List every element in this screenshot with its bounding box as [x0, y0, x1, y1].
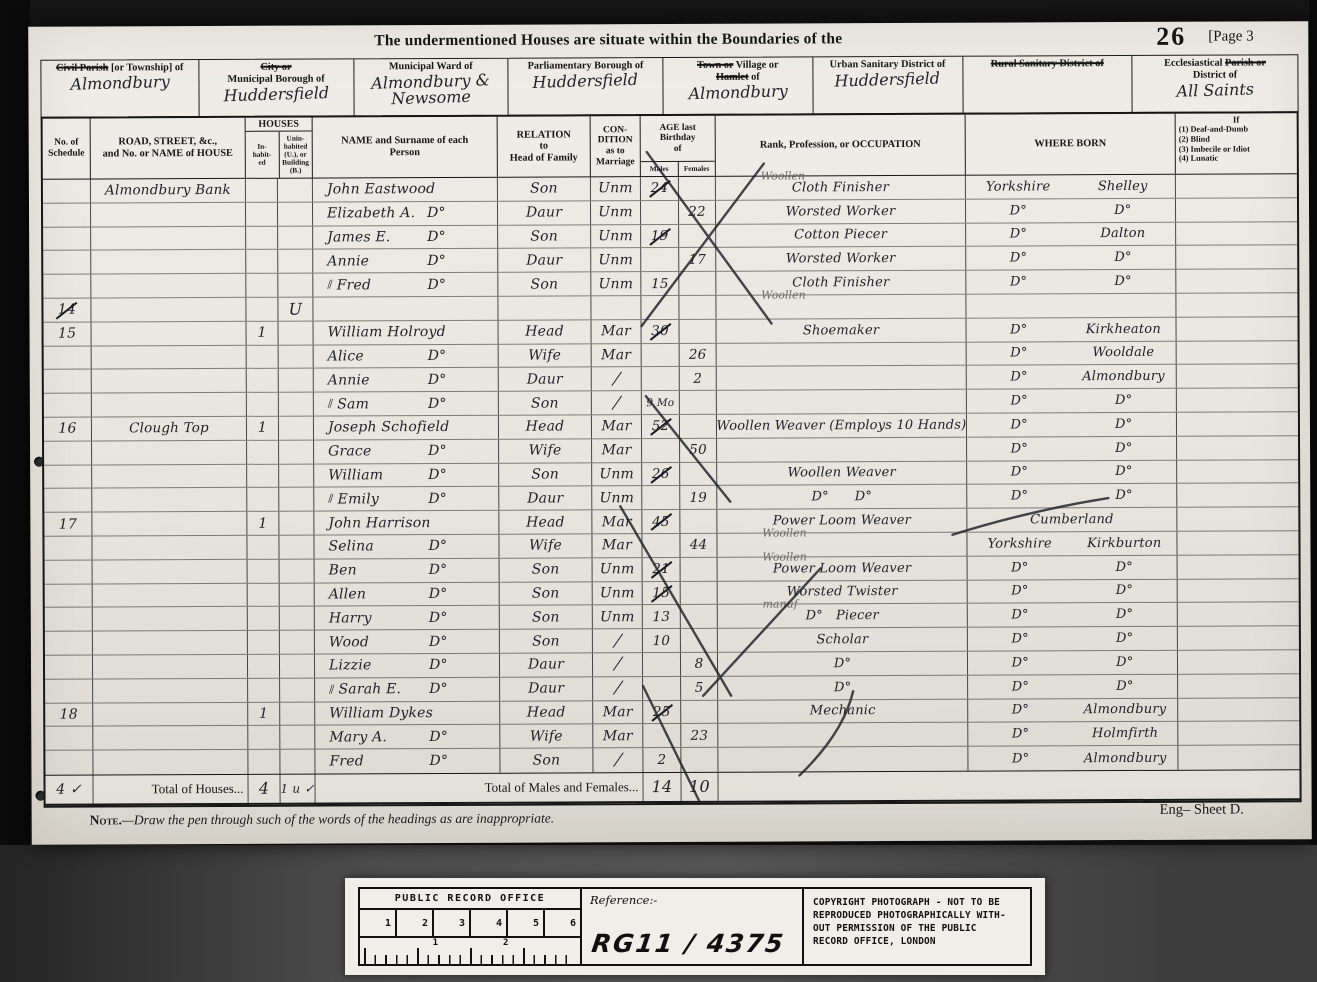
stamp-scale-cell: 5	[508, 910, 545, 936]
cell-age-female	[681, 581, 718, 604]
cell-name: William Holroyd	[314, 321, 499, 345]
surname-ditto: D°	[429, 586, 448, 602]
cell-infirmity	[1176, 293, 1297, 316]
cell-age-female	[680, 391, 717, 414]
cell-relation: Daur	[498, 201, 591, 224]
cell-relation: Wife	[499, 534, 592, 557]
cell-condition: Unm	[592, 486, 642, 509]
cell-occupation: Shoemaker	[717, 318, 967, 342]
cell-condition: Mar	[593, 701, 643, 724]
cell-condition: Unm	[593, 582, 643, 605]
cell-occupation: D° D°	[717, 485, 967, 509]
col-females: Females	[678, 162, 715, 176]
cell-age-female: 5	[681, 677, 718, 700]
cell-infirmity	[1178, 555, 1299, 578]
surname-ditto: D°	[428, 348, 447, 364]
cell-age-female	[680, 320, 717, 343]
district-label-part: of	[749, 71, 760, 82]
cell-schedule	[43, 203, 91, 226]
col-infirmity: If (1) Deaf-and-Dumb (2) Blind (3) Imbec…	[1176, 113, 1297, 174]
cell-uninhabited	[280, 726, 315, 749]
cell-age-male	[642, 367, 680, 390]
cell-relation: Head	[499, 320, 592, 343]
cell-name: ⫽SamD°	[314, 392, 499, 416]
cell-name: HarryD°	[315, 606, 500, 630]
cell-age-male	[643, 653, 681, 676]
cell-condition: Unm	[591, 201, 641, 224]
cell-uninhabited	[279, 440, 314, 463]
condition-tick: ╱	[613, 680, 623, 697]
cell-name: FredD°	[315, 749, 500, 774]
cell-name: Mary A.D°	[315, 725, 500, 749]
cell-uninhabited	[280, 654, 315, 677]
cell-road	[93, 702, 248, 725]
cell-where-born: YorkshireShelley	[966, 175, 1176, 199]
cell-infirmity	[1177, 341, 1298, 364]
cell-road: Clough Top	[92, 417, 247, 440]
cell-uninhabited	[278, 179, 313, 202]
surname-ditto: D°	[429, 562, 448, 578]
district-label-part: Hamlet	[716, 71, 749, 82]
cell-road	[93, 679, 248, 702]
cell-age-female	[681, 605, 718, 628]
cell-name: AllenD°	[315, 582, 500, 606]
cell-road	[93, 750, 248, 774]
cell-relation: Head	[500, 701, 593, 724]
cell-where-born: D°Almondbury	[968, 698, 1178, 722]
cell-schedule	[45, 608, 93, 631]
surname-ditto: D°	[427, 229, 446, 245]
cell-relation: Son	[500, 558, 593, 581]
cell-age-male	[641, 201, 679, 224]
cell-schedule	[45, 632, 93, 655]
cell-inhabited	[248, 726, 280, 749]
cell-age-male: 15	[641, 272, 679, 295]
cell-where-born: D°Almondbury	[968, 746, 1178, 771]
cell-age-male: 25	[643, 700, 681, 723]
cell-occupation	[716, 295, 966, 319]
cell-uninhabited	[278, 274, 313, 297]
col-houses: HOUSES In- habit- ed Unin- habited (U.),…	[246, 118, 313, 178]
census-table-body: Almondbury BankJohn EastwoodSonUnm24Clot…	[43, 174, 1300, 774]
cell-relation: Son	[500, 748, 593, 772]
cell-schedule	[44, 441, 92, 464]
cell-schedule	[43, 275, 91, 298]
surname-ditto: D°	[427, 253, 446, 269]
ruler-number-1: 1	[433, 938, 438, 948]
scanned-census-page: The undermentioned Houses are situate wi…	[0, 0, 1317, 982]
cell-relation: Daur	[499, 368, 592, 391]
district-label-part: Rural Sanitary District of	[991, 58, 1104, 69]
district-value: Huddersfield	[223, 85, 329, 104]
cell-age-male	[642, 486, 680, 509]
cell-name: Joseph Schofield	[314, 416, 499, 440]
cell-where-born: Cumberland	[967, 508, 1177, 532]
cell-condition: Unm	[591, 225, 641, 248]
cell-road	[92, 322, 247, 345]
district-label-part: Village or	[733, 60, 778, 71]
cell-age-male: 10	[643, 629, 681, 652]
scan-edge-left	[0, 0, 30, 982]
cell-infirmity	[1178, 603, 1299, 626]
cell-schedule: 17	[44, 513, 92, 536]
pencil-annotation: Woollen	[761, 169, 805, 182]
cell-schedule	[45, 751, 93, 775]
cell-schedule: 18	[45, 703, 93, 726]
surname-ditto: D°	[428, 467, 447, 483]
cell-where-born: D°Holmfirth	[968, 722, 1178, 746]
totals-females: 10	[681, 773, 718, 801]
cell-name: William Dykes	[315, 701, 500, 725]
cell-infirmity	[1177, 365, 1298, 388]
cell-condition: Mar	[592, 320, 642, 343]
cell-where-born: D°Dalton	[966, 222, 1176, 246]
col-houses-label: HOUSES	[246, 118, 312, 132]
cell-infirmity	[1177, 484, 1298, 507]
cell-age-female	[680, 510, 717, 533]
cell-name: WilliamD°	[314, 463, 499, 487]
cell-relation: Daur	[500, 677, 593, 700]
cell-age-female: 17	[679, 248, 716, 271]
cell-relation: Son	[499, 392, 592, 415]
cell-condition: Mar	[592, 415, 642, 438]
cell-age-male	[641, 248, 679, 271]
cell-road	[93, 631, 248, 654]
cell-inhabited	[248, 607, 280, 630]
surname-ditto: D°	[429, 657, 448, 673]
household-end-mark: ⫽	[327, 278, 332, 293]
household-end-mark: ⫽	[328, 492, 333, 507]
cell-road	[93, 607, 248, 630]
cell-age-male: 2	[643, 748, 681, 772]
cell-occupation: Woollen Weaver (Employs 10 Hands)	[717, 414, 967, 438]
cell-occupation: Power Loom WeaverWoollen	[717, 509, 967, 533]
cell-road	[92, 488, 247, 511]
cell-relation: Daur	[500, 653, 593, 676]
cell-relation: Son	[498, 177, 591, 200]
cell-infirmity	[1176, 246, 1297, 269]
cell-condition: ╱	[592, 367, 642, 390]
cell-inhabited: 1	[247, 417, 279, 440]
cell-uninhabited	[279, 512, 314, 535]
cell-schedule: 15	[44, 322, 92, 345]
cell-uninhabited	[280, 702, 315, 725]
cell-age-female: 8	[681, 653, 718, 676]
cell-condition: ╱	[593, 677, 643, 700]
cell-inhabited	[247, 440, 279, 463]
cell-uninhabited	[280, 678, 315, 701]
stamp-ruler-section: PUBLIC RECORD OFFICE 123456 1 2	[360, 889, 582, 964]
cell-inhabited: 1	[247, 321, 279, 344]
cell-uninhabited	[280, 607, 315, 630]
cell-age-female: 19	[680, 486, 717, 509]
cell-infirmity	[1176, 222, 1297, 245]
cell-road	[92, 369, 247, 392]
cell-uninhabited	[280, 583, 315, 606]
cell-road	[92, 464, 247, 487]
surname-ditto: D°	[427, 277, 446, 293]
cell-occupation	[717, 342, 967, 366]
page-bracket: [Page 3	[1208, 28, 1253, 45]
cell-where-born: D°D°	[967, 437, 1177, 461]
cell-age-male: 21	[643, 558, 681, 581]
cell-name: GraceD°	[314, 440, 499, 464]
cell-schedule	[44, 346, 92, 369]
col-age-label: AGE last Birthday of	[641, 116, 715, 161]
cell-uninhabited	[278, 202, 313, 225]
cell-occupation: Cloth FinisherWoollen	[716, 176, 966, 200]
cell-age-male: 45	[642, 510, 680, 533]
reference-label: Reference:-	[590, 893, 794, 907]
cell-infirmity	[1178, 674, 1299, 697]
totals-row: 4 ✓ Total of Houses... 4 1 u ✓ Total of …	[45, 769, 1299, 805]
condition-tick: ╱	[611, 394, 621, 411]
cell-uninhabited	[280, 559, 315, 582]
totals-males: 14	[643, 773, 681, 801]
surname-ditto: D°	[427, 205, 446, 221]
cell-where-born: D°D°	[968, 675, 1178, 699]
cell-name	[313, 297, 498, 321]
cell-inhabited	[246, 179, 278, 202]
cell-age-female	[679, 177, 716, 200]
cell-condition: Mar	[592, 534, 642, 557]
cell-relation: Wife	[500, 725, 593, 748]
cell-occupation: D°	[718, 675, 968, 699]
cell-uninhabited	[279, 345, 314, 368]
cell-age-male: 24	[641, 177, 679, 200]
cell-where-born: D°D°	[966, 246, 1176, 270]
col-infirmity-lines: (1) Deaf-and-Dumb (2) Blind (3) Imbecile…	[1179, 125, 1250, 164]
cell-inhabited	[247, 369, 279, 392]
cell-relation: Daur	[499, 487, 592, 510]
stamp-copyright-text: COPYRIGHT PHOTOGRAPH - NOT TO BE REPRODU…	[804, 889, 1030, 964]
cell-schedule: 14	[43, 299, 91, 322]
census-form-page: The undermentioned Houses are situate wi…	[28, 21, 1312, 845]
condition-tick: ╱	[613, 752, 623, 769]
cell-occupation: D° Piecer	[718, 604, 968, 628]
col-age: AGE last Birthday of Males Females	[641, 116, 716, 176]
cell-where-born: D°D°	[967, 484, 1177, 508]
cell-inhabited: 1	[248, 702, 280, 725]
cell-infirmity	[1178, 745, 1299, 769]
cell-relation: Wife	[499, 439, 592, 462]
cell-occupation: D°	[718, 652, 968, 676]
cell-occupation	[717, 366, 967, 390]
cell-condition: Unm	[591, 272, 641, 295]
surname-ditto: D°	[429, 634, 448, 650]
condition-tick: ╱	[612, 632, 622, 649]
cell-age-female: 22	[679, 201, 716, 224]
cell-road	[91, 226, 246, 249]
cell-infirmity	[1177, 531, 1298, 554]
cell-where-born: D°Kirkheaton	[967, 318, 1177, 342]
col-inhabited: In- habit- ed	[246, 132, 280, 178]
cell-relation: Son	[500, 629, 593, 652]
cell-where-born: D°D°	[968, 603, 1178, 627]
surname-ditto: D°	[428, 396, 447, 412]
cell-where-born: D°Almondbury	[967, 365, 1177, 389]
cell-road	[93, 655, 248, 678]
cell-condition: ╱	[593, 629, 643, 652]
cell-road	[93, 583, 248, 606]
page-title: The undermentioned Houses are situate wi…	[28, 29, 1188, 52]
cell-age-female	[681, 558, 718, 581]
cell-where-born: D°D°	[967, 413, 1177, 437]
cell-infirmity	[1177, 412, 1298, 435]
surname-ditto: D°	[428, 372, 447, 388]
cell-age-male: 30	[642, 320, 680, 343]
cell-name: LizzieD°	[315, 654, 500, 678]
cell-road	[92, 441, 247, 464]
cell-infirmity	[1176, 174, 1297, 197]
cell-schedule	[45, 584, 93, 607]
surname-ditto: D°	[429, 753, 448, 769]
cell-inhabited: 1	[247, 512, 279, 535]
cell-age-female	[679, 272, 716, 295]
district-header-boxes: Civil Parish [or Township] ofAlmondburyC…	[40, 54, 1298, 117]
cell-age-female	[680, 462, 717, 485]
district-label-part: City or	[260, 62, 291, 73]
cell-condition: Mar	[592, 439, 642, 462]
cell-where-born: D°D°	[966, 270, 1176, 294]
cell-age-male	[642, 439, 680, 462]
household-end-mark: ⫽	[329, 682, 334, 697]
cell-age-female: 44	[680, 534, 717, 557]
cell-name: ⫽FredD°	[313, 273, 498, 297]
cell-schedule	[44, 370, 92, 393]
cell-inhabited	[246, 226, 278, 249]
col-condition: CON- DITION as to Marriage	[591, 116, 641, 176]
cell-where-born: D°D°	[968, 651, 1178, 675]
cell-occupation	[717, 533, 967, 557]
totals-houses-uninhabited: 1 u ✓	[280, 774, 315, 802]
cell-age-female	[679, 296, 716, 319]
pro-stamp-box: PUBLIC RECORD OFFICE 123456 1 2 Referenc…	[358, 887, 1032, 966]
cell-condition: Unm	[593, 558, 643, 581]
cell-occupation: Woollen Weaver	[717, 461, 967, 485]
cell-name: SelinaD°	[314, 535, 499, 559]
cell-age-female	[680, 415, 717, 438]
surname-ditto: D°	[429, 538, 448, 554]
cell-infirmity	[1178, 626, 1299, 649]
cell-age-male: 15	[643, 582, 681, 605]
cell-uninhabited	[279, 488, 314, 511]
cell-relation: Son	[500, 582, 593, 605]
district-label: Ecclesiastical Parish or District of	[1164, 55, 1266, 81]
cell-condition: Unm	[592, 463, 642, 486]
condition-tick: ╱	[611, 371, 621, 388]
cell-occupation: Cloth FinisherWoollen	[716, 271, 966, 295]
cell-infirmity	[1177, 317, 1298, 340]
cell-name: AnnieD°	[313, 249, 498, 273]
cell-age-male: 26	[642, 463, 680, 486]
cell-schedule	[45, 679, 93, 702]
cell-schedule	[44, 536, 92, 559]
district-label: Town or Village or Hamlet of	[697, 58, 779, 84]
pro-stamp: PUBLIC RECORD OFFICE 123456 1 2 Referenc…	[345, 878, 1045, 975]
cell-age-female: 50	[680, 439, 717, 462]
cell-age-male: 52	[642, 415, 680, 438]
stamp-scale-cells: 123456	[360, 910, 580, 938]
col-road: ROAD, STREET, &c., and No. or NAME of HO…	[91, 118, 246, 179]
surname-ditto: D°	[428, 443, 447, 459]
surname-ditto: D°	[428, 491, 447, 507]
col-schedule: No. of Schedule	[43, 119, 91, 179]
cell-where-born: D°D°	[968, 627, 1178, 651]
cell-relation: Son	[498, 273, 591, 296]
cell-age-male: 13	[643, 605, 681, 628]
district-label: Rural Sanitary District of	[991, 56, 1104, 70]
cell-age-male	[643, 677, 681, 700]
cell-inhabited	[248, 655, 280, 678]
cell-road	[91, 274, 246, 297]
district-box: Rural Sanitary District of	[963, 56, 1133, 113]
stamp-scale-cell: 4	[471, 910, 508, 936]
cell-relation: Head	[499, 510, 592, 533]
cell-inhabited	[246, 250, 278, 273]
cell-age-female: 23	[681, 724, 718, 747]
stamp-reference-section: Reference:- RG11 / 4375	[582, 889, 804, 964]
district-box: Town or Village or Hamlet ofAlmondbury	[663, 57, 813, 114]
cell-condition: Unm	[591, 249, 641, 272]
reference-value: RG11 / 4375	[590, 929, 787, 958]
cell-road	[93, 560, 248, 583]
stamp-scale-cell: 3	[434, 910, 471, 936]
cell-road	[92, 512, 247, 535]
cell-uninhabited: U	[278, 298, 313, 321]
district-value: Almondbury	[688, 83, 788, 102]
cell-age-female	[681, 629, 718, 652]
col-where-born: WHERE BORN	[966, 114, 1176, 175]
cell-inhabited	[248, 750, 280, 774]
stamp-scale-cell: 6	[545, 910, 580, 936]
district-value: Huddersfield	[835, 70, 941, 89]
district-label-part: Ecclesiastical	[1164, 58, 1225, 69]
cell-occupation	[718, 747, 968, 772]
col-occupation: Rank, Profession, or OCCUPATION	[716, 115, 966, 176]
cell-name: AliceD°	[314, 344, 499, 368]
cell-road	[92, 393, 247, 416]
cell-age-female	[681, 748, 718, 772]
page-number: 26	[1156, 22, 1186, 52]
cell-uninhabited	[279, 393, 314, 416]
cell-age-female	[681, 700, 718, 723]
district-label-part: Town or	[697, 60, 733, 71]
cell-uninhabited	[280, 631, 315, 654]
cell-relation	[498, 296, 591, 319]
cell-where-born: D°Wooldale	[967, 341, 1177, 365]
cell-age-male	[641, 296, 679, 319]
cell-where-born: D°D°	[967, 460, 1177, 484]
district-value: All Saints	[1176, 81, 1254, 99]
totals-houses-label: Total of Houses...	[93, 775, 248, 804]
cell-inhabited	[246, 274, 278, 297]
cell-occupation	[718, 723, 968, 747]
cell-schedule	[44, 394, 92, 417]
cell-relation: Head	[499, 415, 592, 438]
cell-relation: Son	[499, 463, 592, 486]
cell-road	[93, 726, 248, 749]
cell-infirmity	[1177, 460, 1298, 483]
cell-name: James E.D°	[313, 225, 498, 249]
district-box: Urban Sanitary District ofHuddersfield	[813, 57, 963, 114]
surname-ditto: D°	[429, 729, 448, 745]
cell-relation: Son	[500, 606, 593, 629]
cell-occupation: Worsted Worker	[716, 247, 966, 271]
ruler-minor-ticks	[364, 955, 576, 964]
totals-males-females-label: Total of Males and Females...	[315, 773, 643, 802]
cell-schedule	[45, 727, 93, 750]
